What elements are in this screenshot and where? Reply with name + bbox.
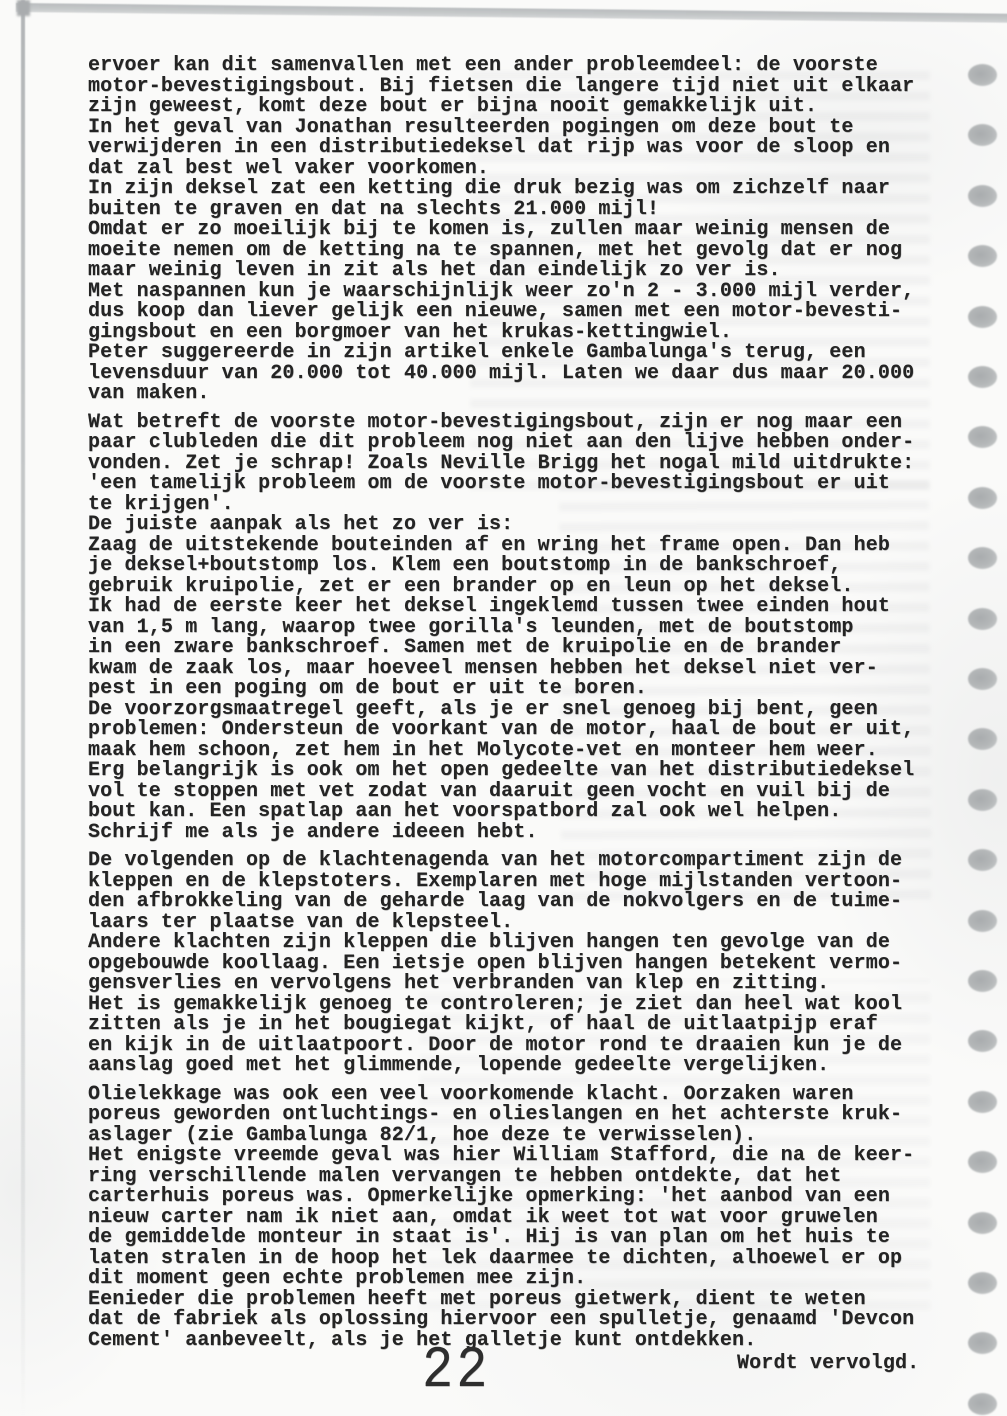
text-line: De juiste aanpak als het zo ver is: [88, 515, 944, 536]
text-line: gensverlies en vervolgens het verbranden… [88, 974, 944, 995]
text-line: en kijk in de uitlaatpoort. Door de moto… [88, 1036, 944, 1057]
text-line: moeite nemen om de ketting na te spannen… [88, 241, 944, 262]
text-line: opgebouwde koollaag. Een ietsje open bli… [88, 954, 944, 975]
paragraph: Olielekkage was ook een veel voorkomende… [88, 1085, 944, 1352]
page-number: 22 [422, 1338, 490, 1404]
text-line: buiten te graven en dat na slechts 21.00… [88, 200, 944, 221]
text-line: nieuw carter nam ik niet aan, omdat ik w… [88, 1208, 944, 1229]
binder-hole [968, 1393, 997, 1415]
text-line: Schrijf me als je andere ideeen hebt. [88, 823, 944, 844]
text-line: carterhuis poreus was. Opmerkelijke opme… [88, 1187, 944, 1208]
text-line: Eenieder die problemen heeft met poreus … [88, 1290, 944, 1311]
text-line: Het is gemakkelijk genoeg te controleren… [88, 995, 944, 1016]
text-line: In het geval van Jonathan resulteerden p… [88, 118, 944, 139]
binder-hole [968, 124, 997, 146]
text-line: gingsbout en een borgmoer van het krukas… [88, 323, 944, 344]
binder-hole [968, 1151, 997, 1173]
binder-hole [968, 1332, 997, 1354]
binder-hole [968, 728, 997, 750]
text-line: motor-bevestigingsbout. Bij fietsen die … [88, 77, 944, 98]
text-line: Peter suggereerde in zijn artikel enkele… [88, 343, 944, 364]
binder-hole [968, 64, 997, 86]
text-line: De volgenden op de klachtenagenda van he… [88, 851, 944, 872]
page-top-edge-line [16, 3, 1007, 23]
binder-hole [968, 970, 997, 992]
text-line: Wat betreft de voorste motor-bevestiging… [88, 413, 944, 434]
text-line: de gemiddelde monteur in staat is'. Hij … [88, 1228, 944, 1249]
binder-hole [968, 426, 997, 448]
text-line: dat de fabriek als oplossing hiervoor ee… [88, 1310, 944, 1331]
text-line: Zaag de uitstekende bouteinden af en wri… [88, 536, 944, 557]
text-line: van 1,5 m lang, waarop twee gorilla's le… [88, 618, 944, 639]
binder-hole [968, 306, 997, 328]
text-line: laten stralen in de hoop het lek daarmee… [88, 1249, 944, 1270]
paragraph: ervoer kan dit samenvallen met een ander… [88, 56, 944, 405]
text-line: kwam de zaak los, maar hoeveel mensen he… [88, 659, 944, 680]
text-line: In zijn deksel zat een ketting die druk … [88, 179, 944, 200]
binder-hole [968, 1091, 997, 1113]
scanned-page: ervoer kan dit samenvallen met een ander… [0, 0, 1007, 1416]
text-line: te krijgen'. [88, 495, 944, 516]
binder-hole [968, 849, 997, 871]
text-line: poreus geworden ontluchtings- en oliesla… [88, 1105, 944, 1126]
text-line: aslager (zie Gambalunga 82/1, hoe deze t… [88, 1126, 944, 1147]
text-line: 'een tamelijk probleem om de voorste mot… [88, 474, 944, 495]
text-line: levensduur van 20.000 tot 40.000 mijl. L… [88, 364, 944, 385]
text-line: van maken. [88, 384, 944, 405]
text-line: paar clubleden die dit probleem nog niet… [88, 433, 944, 454]
text-line: zitten als je in het bougiegat kijkt, of… [88, 1015, 944, 1036]
text-line: dus koop dan liever gelijk een nieuwe, s… [88, 302, 944, 323]
text-line: Erg belangrijk is ook om het open gedeel… [88, 761, 944, 782]
text-line: zijn geweest, komt deze bout er bijna no… [88, 97, 944, 118]
binder-hole [968, 789, 997, 811]
continuation-note: Wordt vervolgd. [737, 1352, 919, 1375]
text-line: vol te stoppen met vet zodat van daaruit… [88, 782, 944, 803]
text-line: aanslag goed met het glimmende, lopende … [88, 1056, 944, 1077]
text-line: laars ter plaatse van de klepsteel. [88, 913, 944, 934]
text-line: dat zal best wel vaker voorkomen. [88, 159, 944, 180]
text-line: Het enigste vreemde geval was hier Willi… [88, 1146, 944, 1167]
text-line: ervoer kan dit samenvallen met een ander… [88, 56, 944, 77]
text-line: De voorzorgsmaatregel geeft, als je er s… [88, 700, 944, 721]
paragraph: Wat betreft de voorste motor-bevestiging… [88, 413, 944, 844]
corner-smudge [17, 0, 30, 16]
text-line: in een zware bankschroef. Samen met de k… [88, 638, 944, 659]
text-line: Ik had de eerste keer het deksel ingekle… [88, 597, 944, 618]
text-line: bout kan. Een spatlap aan het voorspatbo… [88, 802, 944, 823]
text-line: Olielekkage was ook een veel voorkomende… [88, 1085, 944, 1106]
text-line: maar weinig leven in zit als het dan ein… [88, 261, 944, 282]
text-line: kleppen en de klepstoters. Exemplaren me… [88, 872, 944, 893]
binder-hole [968, 608, 997, 630]
text-line: problemen: Ondersteun de voorkant van de… [88, 720, 944, 741]
text-line: dit moment geen echte problemen mee zijn… [88, 1269, 944, 1290]
binder-hole [968, 185, 997, 207]
text-line: Omdat er zo moeilijk bij te komen is, zu… [88, 220, 944, 241]
text-line: je deksel+boutstomp los. Klem een boutst… [88, 556, 944, 577]
binder-hole [968, 487, 997, 509]
binder-hole [968, 366, 997, 388]
text-line: Met naspannen kun je waarschijnlijk weer… [88, 282, 944, 303]
binder-hole [968, 668, 997, 690]
text-line: Andere klachten zijn kleppen die blijven… [88, 933, 944, 954]
text-line: pest in een poging om de bout er uit te … [88, 679, 944, 700]
binder-hole [968, 1030, 997, 1052]
paragraph: De volgenden op de klachtenagenda van he… [88, 851, 944, 1077]
binder-hole [968, 910, 997, 932]
page-left-edge-line [21, 0, 25, 1416]
binder-hole [968, 547, 997, 569]
text-line: Cement' aanbeveelt, als je het galletje … [88, 1331, 944, 1352]
text-line: verwijderen in een distributiedeksel dat… [88, 138, 944, 159]
typewritten-text: ervoer kan dit samenvallen met een ander… [88, 56, 944, 1351]
text-line: maak hem schoon, zet hem in het Molycote… [88, 741, 944, 762]
binder-hole [968, 1212, 997, 1234]
binder-hole [968, 1272, 997, 1294]
binder-hole [968, 245, 997, 267]
text-line: den afbrokkeling van de geharde laag van… [88, 892, 944, 913]
text-line: ring verschillende malen vervangen te he… [88, 1167, 944, 1188]
text-line: vonden. Zet je schrap! Zoals Neville Bri… [88, 454, 944, 475]
text-line: gebruik kruipolie, zet er een brander op… [88, 577, 944, 598]
